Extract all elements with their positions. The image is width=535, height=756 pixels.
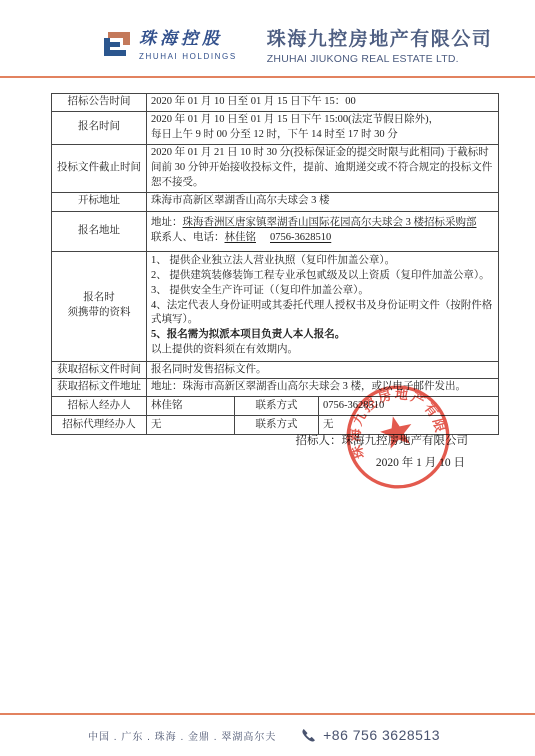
row-value: 无 [147,416,235,435]
footer: 中国 . 广东 . 珠海 . 金鼎 . 翠湖高尔夫 +86 756 362851… [0,722,535,748]
registration-address: 珠海香洲区唐家镇翠湖香山国际花园高尔夫球会 3 楼招标采购部 [183,217,477,228]
row-label: 招标代理经办人 [52,416,147,435]
contact-phone: 0756-3628510 [270,232,331,243]
row-value: 地址：珠海香洲区唐家镇翠湖香山国际花园高尔夫球会 3 楼招标采购部 联系人、电话… [147,211,499,251]
row-label: 招标人经办人 [52,397,147,416]
required-doc-item-bold: 5、报名需为拟派本项目负责人本人报名。 [151,328,494,343]
signature-block: 招标人：珠海九控房地产有限公司 2020 年 1 月 10 日 [296,431,469,475]
table-row: 投标文件截止时间 2020 年 01 月 21 日 10 时 30 分(投标保证… [52,144,499,192]
required-doc-item: 4、法定代表人身份证明或其委托代理人授权书及身份证明文件（按附件格式填写）。 [151,299,494,329]
contact-line: 联系人、电话：林佳铭0756-3628510 [151,231,494,246]
row-label-2: 联系方式 [235,397,319,416]
row-label: 开标地址 [52,192,147,211]
table-row: 报名地址 地址：珠海香洲区唐家镇翠湖香山国际花园高尔夫球会 3 楼招标采购部 联… [52,211,499,251]
required-doc-item: 3、 提供安全生产许可证（（复印件加盖公章）。 [151,284,494,299]
contact-name: 林佳铭 [225,232,257,243]
logo-text-cn: 珠海控股 [139,29,237,49]
row-value: 地址：珠海市高新区翠湖香山高尔夫球会 3 楼，或以电子邮件发出。 [147,379,499,397]
table-row: 招标公告时间 2020 年 01 月 10 日至 01 月 15 日下午 15：… [52,94,499,112]
required-doc-note: 以上提供的资料须在有效期内。 [151,343,494,358]
signature-date: 2020 年 1 月 10 日 [296,453,469,475]
footer-phone-number: +86 756 3628513 [323,727,440,743]
row-value: 2020 年 01 月 21 日 10 时 30 分(投标保证金的提交时限与此相… [147,144,499,192]
footer-divider-line [0,713,535,715]
document-header: 珠海控股 ZHUHAI HOLDINGS 珠海九控房地产有限公司 ZHUHAI … [102,29,492,65]
logo-text-en: ZHUHAI HOLDINGS [139,52,237,61]
table-row: 报名时 须携带的资料 1、 提供企业独立法人营业执照（复印件加盖公章）。 2、 … [52,251,499,361]
value-line: 每日上午 9 时 00 分至 12 时，下午 14 时至 17 时 30 分 [151,128,494,143]
phone-icon [300,728,315,743]
row-label: 投标文件截止时间 [52,144,147,192]
zhuhai-holdings-logo: 珠海控股 ZHUHAI HOLDINGS [102,29,237,61]
row-value: 2020 年 01 月 10 日至 01 月 15 日下午 15:00(法定节假… [147,112,499,145]
row-value: 珠海市高新区翠湖香山高尔夫球会 3 楼 [147,192,499,211]
row-label: 获取招标文件时间 [52,361,147,379]
tenderer-signature-line: 招标人：珠海九控房地产有限公司 [296,431,469,453]
registration-address-line: 地址：珠海香洲区唐家镇翠湖香山国际花园高尔夫球会 3 楼招标采购部 [151,216,494,231]
row-label: 报名时 须携带的资料 [52,251,147,361]
footer-phone: +86 756 3628513 [300,727,440,743]
table-row: 获取招标文件地址 地址：珠海市高新区翠湖香山高尔夫球会 3 楼，或以电子邮件发出… [52,379,499,397]
row-value: 林佳铭 [147,397,235,416]
header-divider-line [0,76,535,78]
footer-locations-text: 中国 . 广东 . 珠海 . 金鼎 . 翠湖高尔夫 [88,728,276,743]
row-value: 报名同时发售招标文件。 [147,361,499,379]
value-line: 2020 年 01 月 10 日至 01 月 15 日下午 15:00(法定节假… [151,113,494,128]
tender-info-table: 招标公告时间 2020 年 01 月 10 日至 01 月 15 日下午 15：… [51,93,499,435]
table-row: 开标地址 珠海市高新区翠湖香山高尔夫球会 3 楼 [52,192,499,211]
company-name-en: ZHUHAI JIUKONG REAL ESTATE LTD. [267,53,493,65]
company-name-cn: 珠海九控房地产有限公司 [267,29,493,51]
table-row: 招标人经办人 林佳铭 联系方式 0756-3628510 [52,397,499,416]
row-value: 1、 提供企业独立法人营业执照（复印件加盖公章）。 2、 提供建筑装修装饰工程专… [147,251,499,361]
required-doc-item: 2、 提供建筑装修装饰工程专业承包贰级及以上资质（复印件加盖公章）。 [151,269,494,284]
required-doc-item: 1、 提供企业独立法人营业执照（复印件加盖公章）。 [151,254,494,269]
row-label: 报名地址 [52,211,147,251]
row-label: 招标公告时间 [52,94,147,112]
row-value-2: 0756-3628510 [319,397,499,416]
zhuhai-holdings-logo-icon [102,29,132,59]
table-row: 报名时间 2020 年 01 月 10 日至 01 月 15 日下午 15:00… [52,112,499,145]
company-title-block: 珠海九控房地产有限公司 ZHUHAI JIUKONG REAL ESTATE L… [267,29,493,65]
row-label: 报名时间 [52,112,147,145]
row-value: 2020 年 01 月 10 日至 01 月 15 日下午 15：00 [147,94,499,112]
table-row: 获取招标文件时间 报名同时发售招标文件。 [52,361,499,379]
row-label: 获取招标文件地址 [52,379,147,397]
